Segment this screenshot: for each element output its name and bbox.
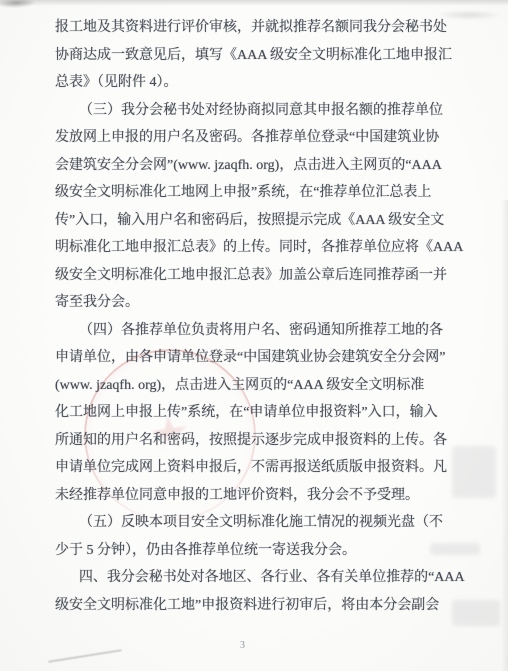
text-line: （三）我分会秘书处对经协商拟同意其申报名额的推荐单位 bbox=[55, 97, 465, 125]
text-line: 会建筑安全分会网”(www. jzaqfh. org)，点击进入主网页的“AAA bbox=[55, 152, 465, 180]
text-line: 发放网上申报的用户名及密码。各推荐单位登录“中国建筑业协 bbox=[55, 124, 465, 152]
text-line: 申请单位，由各申请单位登录“中国建筑业协会建筑安全分会网” bbox=[55, 344, 465, 372]
text-line: （五）反映本项目安全文明标准化施工情况的视频光盘（不 bbox=[55, 509, 465, 537]
text-line: 协商达成一致意见后，填写《AAA 级安全文明标准化工地申报汇 bbox=[55, 42, 465, 70]
scan-artifact-diagonal-line bbox=[48, 649, 121, 663]
text-line: 申请单位完成网上资料申报后，不需再报送纸质版申报资料。凡 bbox=[55, 454, 465, 482]
text-line: 寄至我分会。 bbox=[55, 289, 465, 317]
body-text: 报工地及其资料进行评价审核，并就拟推荐名额同我分会秘书处 协商达成一致意见后，填… bbox=[55, 14, 465, 619]
page-number: 3 bbox=[240, 640, 245, 651]
text-line: 级安全文明标准化工地申报汇总表》加盖公章后连同推荐函一并 bbox=[55, 262, 465, 290]
document-page: ★ 报工地及其资料进行评价审核，并就拟推荐名额同我分会秘书处 协商达成一致意见后… bbox=[0, 0, 508, 671]
scan-artifact-top-edge bbox=[0, 0, 508, 6]
text-line: (www. jzaqfh. org)，点击进入主网页的“AAA 级安全文明标准 bbox=[55, 372, 465, 400]
text-line: 传”入口，输入用户名和密码后，按照提示完成《AAA 级安全文 bbox=[55, 207, 465, 235]
text-line: 级安全文明标准化工地网上申报”系统，在“推荐单位汇总表上 bbox=[55, 179, 465, 207]
text-line: 级安全文明标准化工地”申报资料进行初审后，将由本分会副会 bbox=[55, 592, 465, 620]
text-line: 四、我分会秘书处对各地区、各行业、各有关单位推荐的“AAA bbox=[55, 564, 464, 592]
text-line: 化工地网上申报上传”系统，在“申请单位申报资料”入口，输入 bbox=[55, 399, 465, 427]
text-line: 报工地及其资料进行评价审核，并就拟推荐名额同我分会秘书处 bbox=[55, 14, 465, 42]
text-line: 明标准化工地申报汇总表》的上传。同时，各推荐单位应将《AAA bbox=[55, 234, 465, 262]
text-line: 未经推荐单位同意申报的工地评价资料，我分会不予受理。 bbox=[55, 482, 465, 510]
text-line: （四）各推荐单位负责将用户名、密码通知所推荐工地的各 bbox=[55, 317, 465, 345]
text-line: 总表》（见附件 4）。 bbox=[55, 69, 465, 97]
text-line: 所通知的用户名和密码，按照提示逐步完成申报资料的上传。各 bbox=[55, 427, 465, 455]
scan-artifact-corner-smudge bbox=[0, 0, 36, 9]
text-line: 少于 5 分钟），仍由各推荐单位统一寄送我分会。 bbox=[55, 537, 465, 565]
scan-artifact-right-edge bbox=[501, 200, 508, 671]
